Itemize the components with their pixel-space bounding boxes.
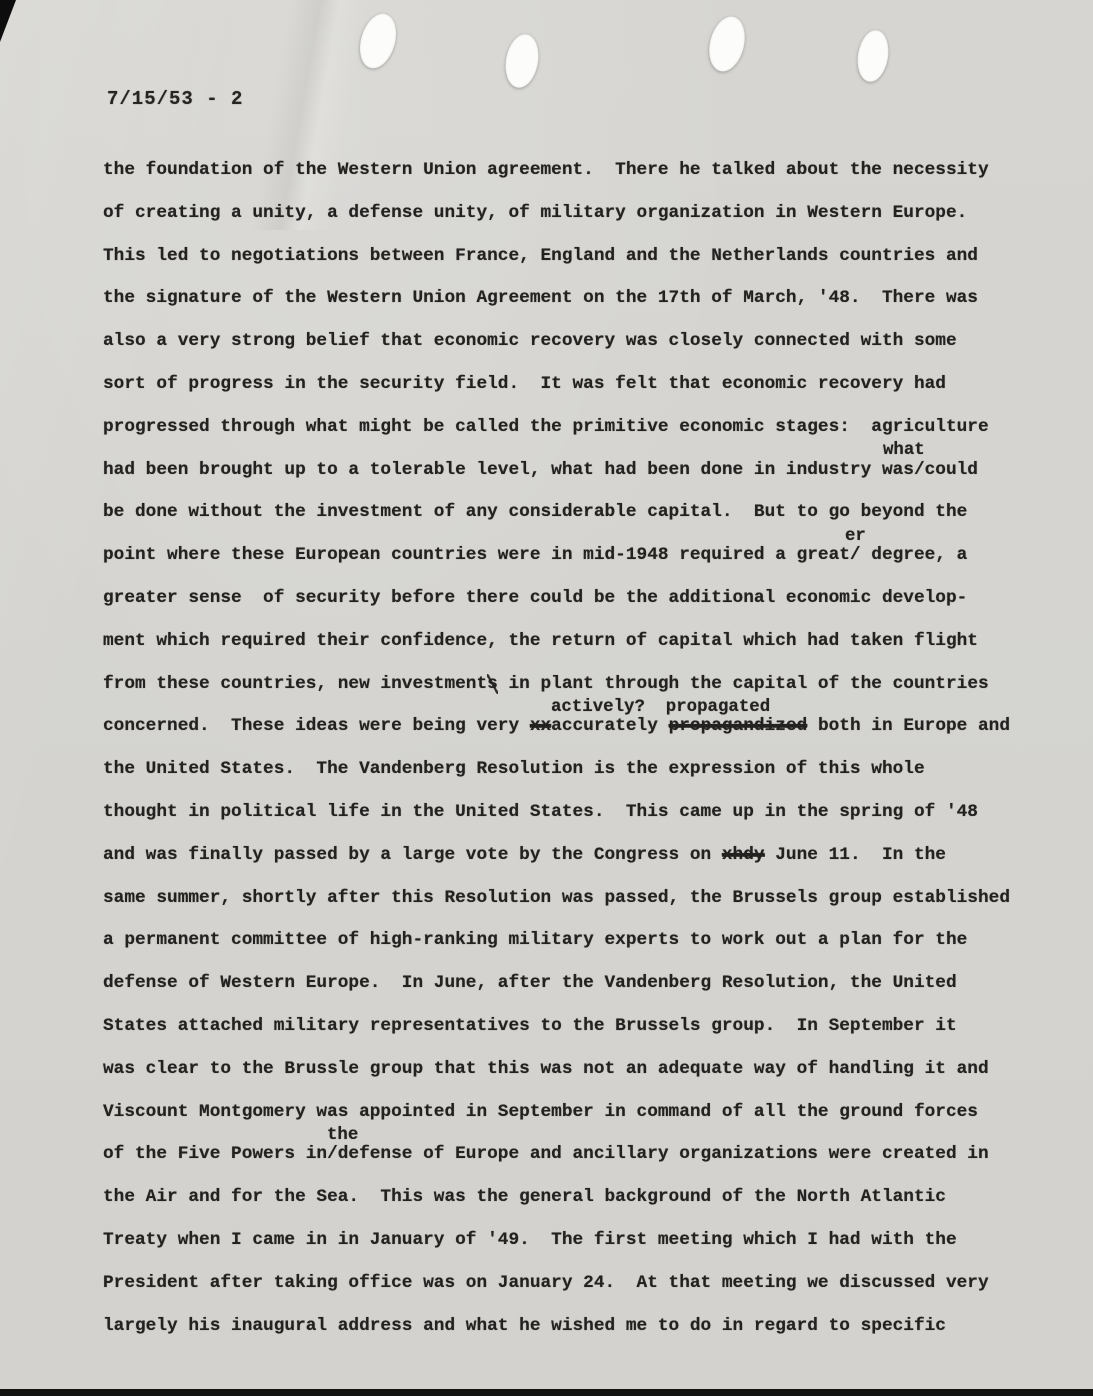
text-line: the foundation of the Western Union agre… <box>103 160 989 180</box>
text-segment: and was finally passed by a large vote b… <box>103 845 722 865</box>
text-line: President after taking office was on Jan… <box>103 1273 989 1293</box>
text-segment: the United States. The Vandenberg Resolu… <box>103 759 925 779</box>
text-segment: This led to negotiations between France,… <box>103 246 978 266</box>
text-line: sort of progress in the security field. … <box>103 374 946 394</box>
text-line: be done without the investment of any co… <box>103 502 967 522</box>
text-line: States attached military representatives… <box>103 1016 957 1036</box>
interline-insertion: the <box>327 1126 358 1145</box>
text-segment: was clear to the Brussle group that this… <box>103 1059 989 1079</box>
text-segment: of the Five Powers in/defense of Europe … <box>103 1144 989 1164</box>
interline-insertion: what <box>883 441 925 460</box>
text-line: had been brought up to a tolerable level… <box>103 460 978 480</box>
text-line: the United States. The Vandenberg Resolu… <box>103 759 925 779</box>
text-line: same summer, shortly after this Resoluti… <box>103 888 1010 908</box>
text-line: defense of Western Europe. In June, afte… <box>103 973 957 993</box>
text-line: greater sense of security before there c… <box>103 588 967 608</box>
text-line: Treaty when I came in in January of '49.… <box>103 1230 957 1250</box>
text-line: from these countries, new investments in… <box>103 674 989 694</box>
text-segment: Treaty when I came in in January of '49.… <box>103 1230 957 1250</box>
text-segment: accurately <box>551 716 668 736</box>
text-segment: be done without the investment of any co… <box>103 502 967 522</box>
text-segment: ment which required their confidence, th… <box>103 631 978 651</box>
text-line: the signature of the Western Union Agree… <box>103 288 978 308</box>
struck-text: xhdy <box>722 845 765 865</box>
text-line: of creating a unity, a defense unity, of… <box>103 203 967 223</box>
text-line: of the Five Powers in/defense of Europe … <box>103 1144 989 1164</box>
text-line: ment which required their confidence, th… <box>103 631 978 651</box>
text-segment: the Air and for the Sea. This was the ge… <box>103 1187 946 1207</box>
text-segment: defense of Western Europe. In June, afte… <box>103 973 957 993</box>
text-line: and was finally passed by a large vote b… <box>103 845 946 865</box>
text-segment: progressed through what might be called … <box>103 417 989 437</box>
interline-insertion: actively? propagated <box>551 698 770 717</box>
text-line: thought in political life in the United … <box>103 802 978 822</box>
text-segment: greater sense of security before there c… <box>103 588 967 608</box>
interline-insertion: er <box>845 527 866 546</box>
paper: 7/15/53 - 2 the foundation of the Wester… <box>0 0 1093 1389</box>
text-segment: same summer, shortly after this Resoluti… <box>103 888 1010 908</box>
text-line: Viscount Montgomery was appointed in Sep… <box>103 1102 978 1122</box>
text-segment: concerned. These ideas were being very <box>103 716 530 736</box>
text-line: a permanent committee of high-ranking mi… <box>103 930 967 950</box>
text-line: progressed through what might be called … <box>103 417 989 437</box>
text-segment: had been brought up to a tolerable level… <box>103 460 978 480</box>
scanned-page: 7/15/53 - 2 the foundation of the Wester… <box>0 0 1093 1396</box>
text-line: point where these European countries wer… <box>103 545 967 565</box>
text-segment: June 11. In the <box>765 845 946 865</box>
slashed-letter: s <box>487 674 498 694</box>
text-segment: both in Europe and <box>807 716 1010 736</box>
scan-edge-bottom <box>0 1389 1093 1396</box>
document-body: the foundation of the Western Union agre… <box>0 0 1093 1389</box>
text-line: concerned. These ideas were being very x… <box>103 716 1010 736</box>
text-line: the Air and for the Sea. This was the ge… <box>103 1187 946 1207</box>
struck-text: propagandized <box>669 716 808 736</box>
text-segment: also a very strong belief that economic … <box>103 331 957 351</box>
text-segment: thought in political life in the United … <box>103 802 978 822</box>
text-segment: President after taking office was on Jan… <box>103 1273 989 1293</box>
text-line: was clear to the Brussle group that this… <box>103 1059 989 1079</box>
text-segment: of creating a unity, a defense unity, of… <box>103 203 967 223</box>
text-segment: a permanent committee of high-ranking mi… <box>103 930 967 950</box>
text-segment: Viscount Montgomery was appointed in Sep… <box>103 1102 978 1122</box>
text-segment: in plant through the capital of the coun… <box>498 674 989 694</box>
text-line: also a very strong belief that economic … <box>103 331 957 351</box>
text-segment: the signature of the Western Union Agree… <box>103 288 978 308</box>
text-segment: point where these European countries wer… <box>103 545 967 565</box>
text-line: largely his inaugural address and what h… <box>103 1316 946 1336</box>
text-line: This led to negotiations between France,… <box>103 246 978 266</box>
text-segment: States attached military representatives… <box>103 1016 957 1036</box>
text-segment: largely his inaugural address and what h… <box>103 1316 946 1336</box>
text-segment: sort of progress in the security field. … <box>103 374 946 394</box>
struck-text: xx <box>530 716 551 736</box>
text-segment: the foundation of the Western Union agre… <box>103 160 989 180</box>
text-segment: from these countries, new investment <box>103 674 487 694</box>
